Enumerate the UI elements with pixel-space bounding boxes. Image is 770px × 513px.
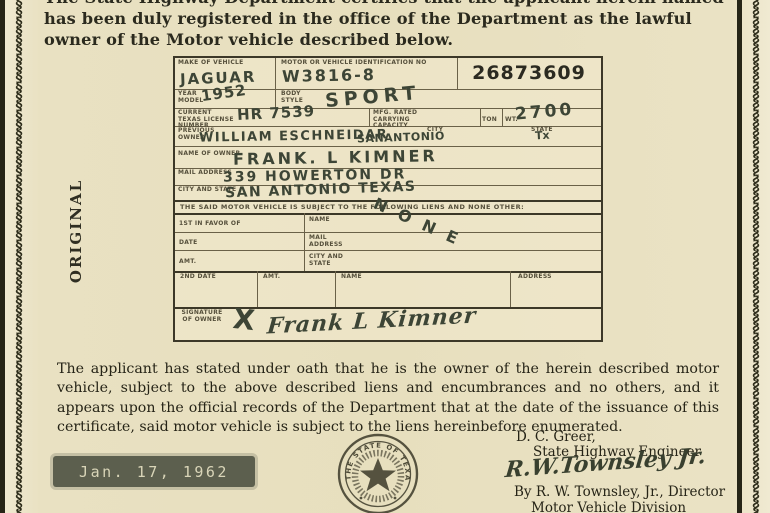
divider [335, 271, 336, 307]
divider [510, 271, 511, 307]
lien-name-label: NAME [309, 217, 330, 224]
seal-star-icon [360, 458, 396, 491]
second-name-label: NAME [341, 274, 362, 281]
header-line-3: owner of the Motor vehicle described bel… [44, 29, 734, 50]
certificate-document: §§§§§§§§§§§§§§§§§§§§§§§§§§§§§§§§§§§§§§§§… [0, 0, 770, 513]
divider [257, 271, 258, 307]
director-line: By R. W. Townsley, Jr., Director [514, 484, 725, 500]
serial-number: 26873609 [457, 62, 601, 84]
vin-value: W3816-8 [282, 65, 376, 86]
engineer-name: D. C. Greer, [516, 429, 596, 445]
original-watermark: ORIGINAL [67, 175, 85, 287]
second-address-label: ADDRESS [518, 274, 552, 281]
lien-amt-label: AMT. [179, 259, 196, 266]
ton-label: TON [482, 117, 497, 124]
date-stamp: Jan. 17, 1962 [53, 456, 255, 487]
oath-paragraph: The applicant has stated under oath that… [57, 360, 719, 438]
vehicle-title-form: MAKE OF VEHICLE MOTOR OR VEHICLE IDENTIF… [173, 56, 603, 342]
header-line-2: has been duly registered in the office o… [44, 8, 734, 29]
signature-x-mark: X [231, 302, 256, 337]
second-date-label: 2ND DATE [180, 274, 216, 281]
divider [502, 108, 503, 126]
left-border-ornament: §§§§§§§§§§§§§§§§§§§§§§§§§§§§§§§§§§§§§§§§… [0, 0, 33, 513]
divider [275, 58, 276, 89]
owner-value: FRANK. L KIMNER [233, 146, 438, 169]
lien-mail-label: MAIL ADDRESS [309, 235, 343, 248]
right-border-ornament: §§§§§§§§§§§§§§§§§§§§§§§§§§§§§§§§§§§§§§§§… [737, 0, 770, 513]
rule [175, 232, 601, 233]
header-line-1: The State Highway Department certifies t… [44, 0, 734, 8]
license-value: HR 7539 [237, 102, 316, 124]
make-label: MAKE OF VEHICLE [178, 60, 244, 67]
certificate-header: The State Highway Department certifies t… [44, 0, 734, 50]
divider [480, 108, 481, 126]
lien-city-state-label: CITY AND STATE [309, 254, 347, 267]
texas-state-seal: THE STATE OF TEXAS [336, 432, 420, 513]
second-amt-label: AMT. [263, 274, 280, 281]
capacity-value: 2700 [514, 99, 575, 124]
divider [369, 108, 370, 126]
rule [175, 250, 601, 251]
previous-owner-city-value: SANANTONIO [357, 129, 445, 145]
divider [304, 213, 305, 271]
owner-label: NAME OF OWNER [178, 151, 240, 158]
lien-date-label: DATE [179, 240, 198, 247]
liens-heading: THE SAID MOTOR VEHICLE IS SUBJECT TO THE… [180, 204, 524, 211]
first-in-favor-label: 1ST IN FAVOR OF [179, 221, 241, 228]
signature-label: SIGNATURE OF OWNER [179, 310, 225, 323]
division-line: Motor Vehicle Division [531, 500, 686, 513]
previous-owner-state-value: Tx [535, 129, 550, 143]
